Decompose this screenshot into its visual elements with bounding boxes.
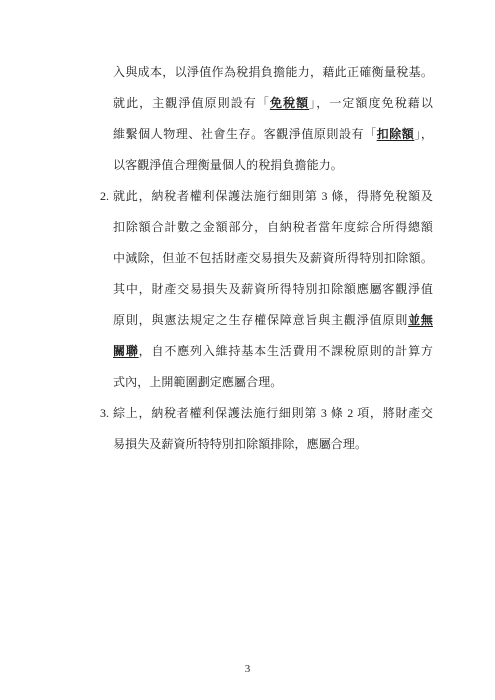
text-segment: 以客觀淨值合理衡量個人的稅捐負擔能力。 — [113, 158, 343, 172]
text-line: 扣除額合計數之金額部分，自納稅者當年度綜合所得總額 — [113, 212, 433, 243]
emphasized-term: 關聯 — [113, 344, 139, 358]
emphasized-term: 並無 — [408, 313, 433, 327]
text-line: 綜上，納稅者權利保護法施行細則第 3 條 2 項，將財產交 — [113, 398, 433, 429]
text-segment: 中減除，但並不包括財產交易損失及薪資所得特別扣除額。 — [113, 251, 433, 265]
text-line: 原則，與憲法規定之生存權保障意旨與主觀淨值原則並無 — [113, 305, 433, 336]
list-item-2: 2.就此，納稅者權利保護法施行細則第 3 條，得將免稅額及扣除額合計數之金額部分… — [113, 181, 433, 398]
text-line: 維繫個人物理、社會生存。客觀淨值原則設有「扣除額」， — [113, 119, 433, 150]
text-line: 中減除，但並不包括財產交易損失及薪資所得特別扣除額。 — [113, 243, 433, 274]
text-segment: 式內，上開範圍劃定應屬合理。 — [113, 375, 282, 389]
text-line: 易損失及薪資所特特別扣除額排除，應屬合理。 — [113, 429, 433, 460]
text-segment: 原則，與憲法規定之生存權保障意旨與主觀淨值原則 — [113, 313, 408, 327]
text-segment: 綜上，納稅者權利保護法施行細則第 3 條 2 項，將財產交 — [113, 406, 433, 420]
emphasized-term: 扣除額 — [377, 127, 415, 141]
list-marker: 2. — [100, 181, 109, 212]
text-line: 就此，納稅者權利保護法施行細則第 3 條，得將免稅額及 — [113, 181, 433, 212]
text-segment: 」， — [414, 127, 433, 141]
list-item-3: 3.綜上，納稅者權利保護法施行細則第 3 條 2 項，將財產交易損失及薪資所特特… — [113, 398, 433, 460]
text-segment: 」，一定額度免稅藉以 — [309, 96, 433, 110]
text-line: 關聯，自不應列入維持基本生活費用不課稅原則的計算方 — [113, 336, 433, 367]
text-line: 入與成本，以淨值作為稅捐負擔能力，藉此正確衡量稅基。 — [113, 57, 433, 88]
text-line: 以客觀淨值合理衡量個人的稅捐負擔能力。 — [113, 150, 433, 181]
text-segment: 維繫個人物理、社會生存。客觀淨值原則設有「 — [113, 127, 377, 141]
text-segment: 入與成本，以淨值作為稅捐負擔能力，藉此正確衡量稅基。 — [113, 65, 433, 79]
list-marker: 3. — [100, 398, 109, 429]
text-line: 式內，上開範圍劃定應屬合理。 — [113, 367, 433, 398]
emphasized-term: 免稅額 — [270, 96, 309, 110]
text-line: 其中，財產交易損失及薪資所得特別扣除額應屬客觀淨值 — [113, 274, 433, 305]
page-number: 3 — [0, 663, 495, 675]
text-segment: ，自不應列入維持基本生活費用不課稅原則的計算方 — [139, 344, 433, 358]
text-segment: 就此，納稅者權利保護法施行細則第 3 條，得將免稅額及 — [113, 189, 433, 203]
document-text: 入與成本，以淨值作為稅捐負擔能力，藉此正確衡量稅基。就此，主觀淨值原則設有「免稅… — [113, 57, 433, 460]
text-segment: 易損失及薪資所特特別扣除額排除，應屬合理。 — [113, 437, 367, 451]
text-segment: 扣除額合計數之金額部分，自納稅者當年度綜合所得總額 — [113, 220, 433, 234]
paragraph-1-continuation: 入與成本，以淨值作為稅捐負擔能力，藉此正確衡量稅基。就此，主觀淨值原則設有「免稅… — [113, 57, 433, 181]
text-segment: 其中，財產交易損失及薪資所得特別扣除額應屬客觀淨值 — [113, 282, 433, 296]
text-line: 就此，主觀淨值原則設有「免稅額」，一定額度免稅藉以 — [113, 88, 433, 119]
text-segment: 就此，主觀淨值原則設有「 — [113, 96, 270, 110]
document-page: 入與成本，以淨值作為稅捐負擔能力，藉此正確衡量稅基。就此，主觀淨值原則設有「免稅… — [0, 0, 495, 700]
